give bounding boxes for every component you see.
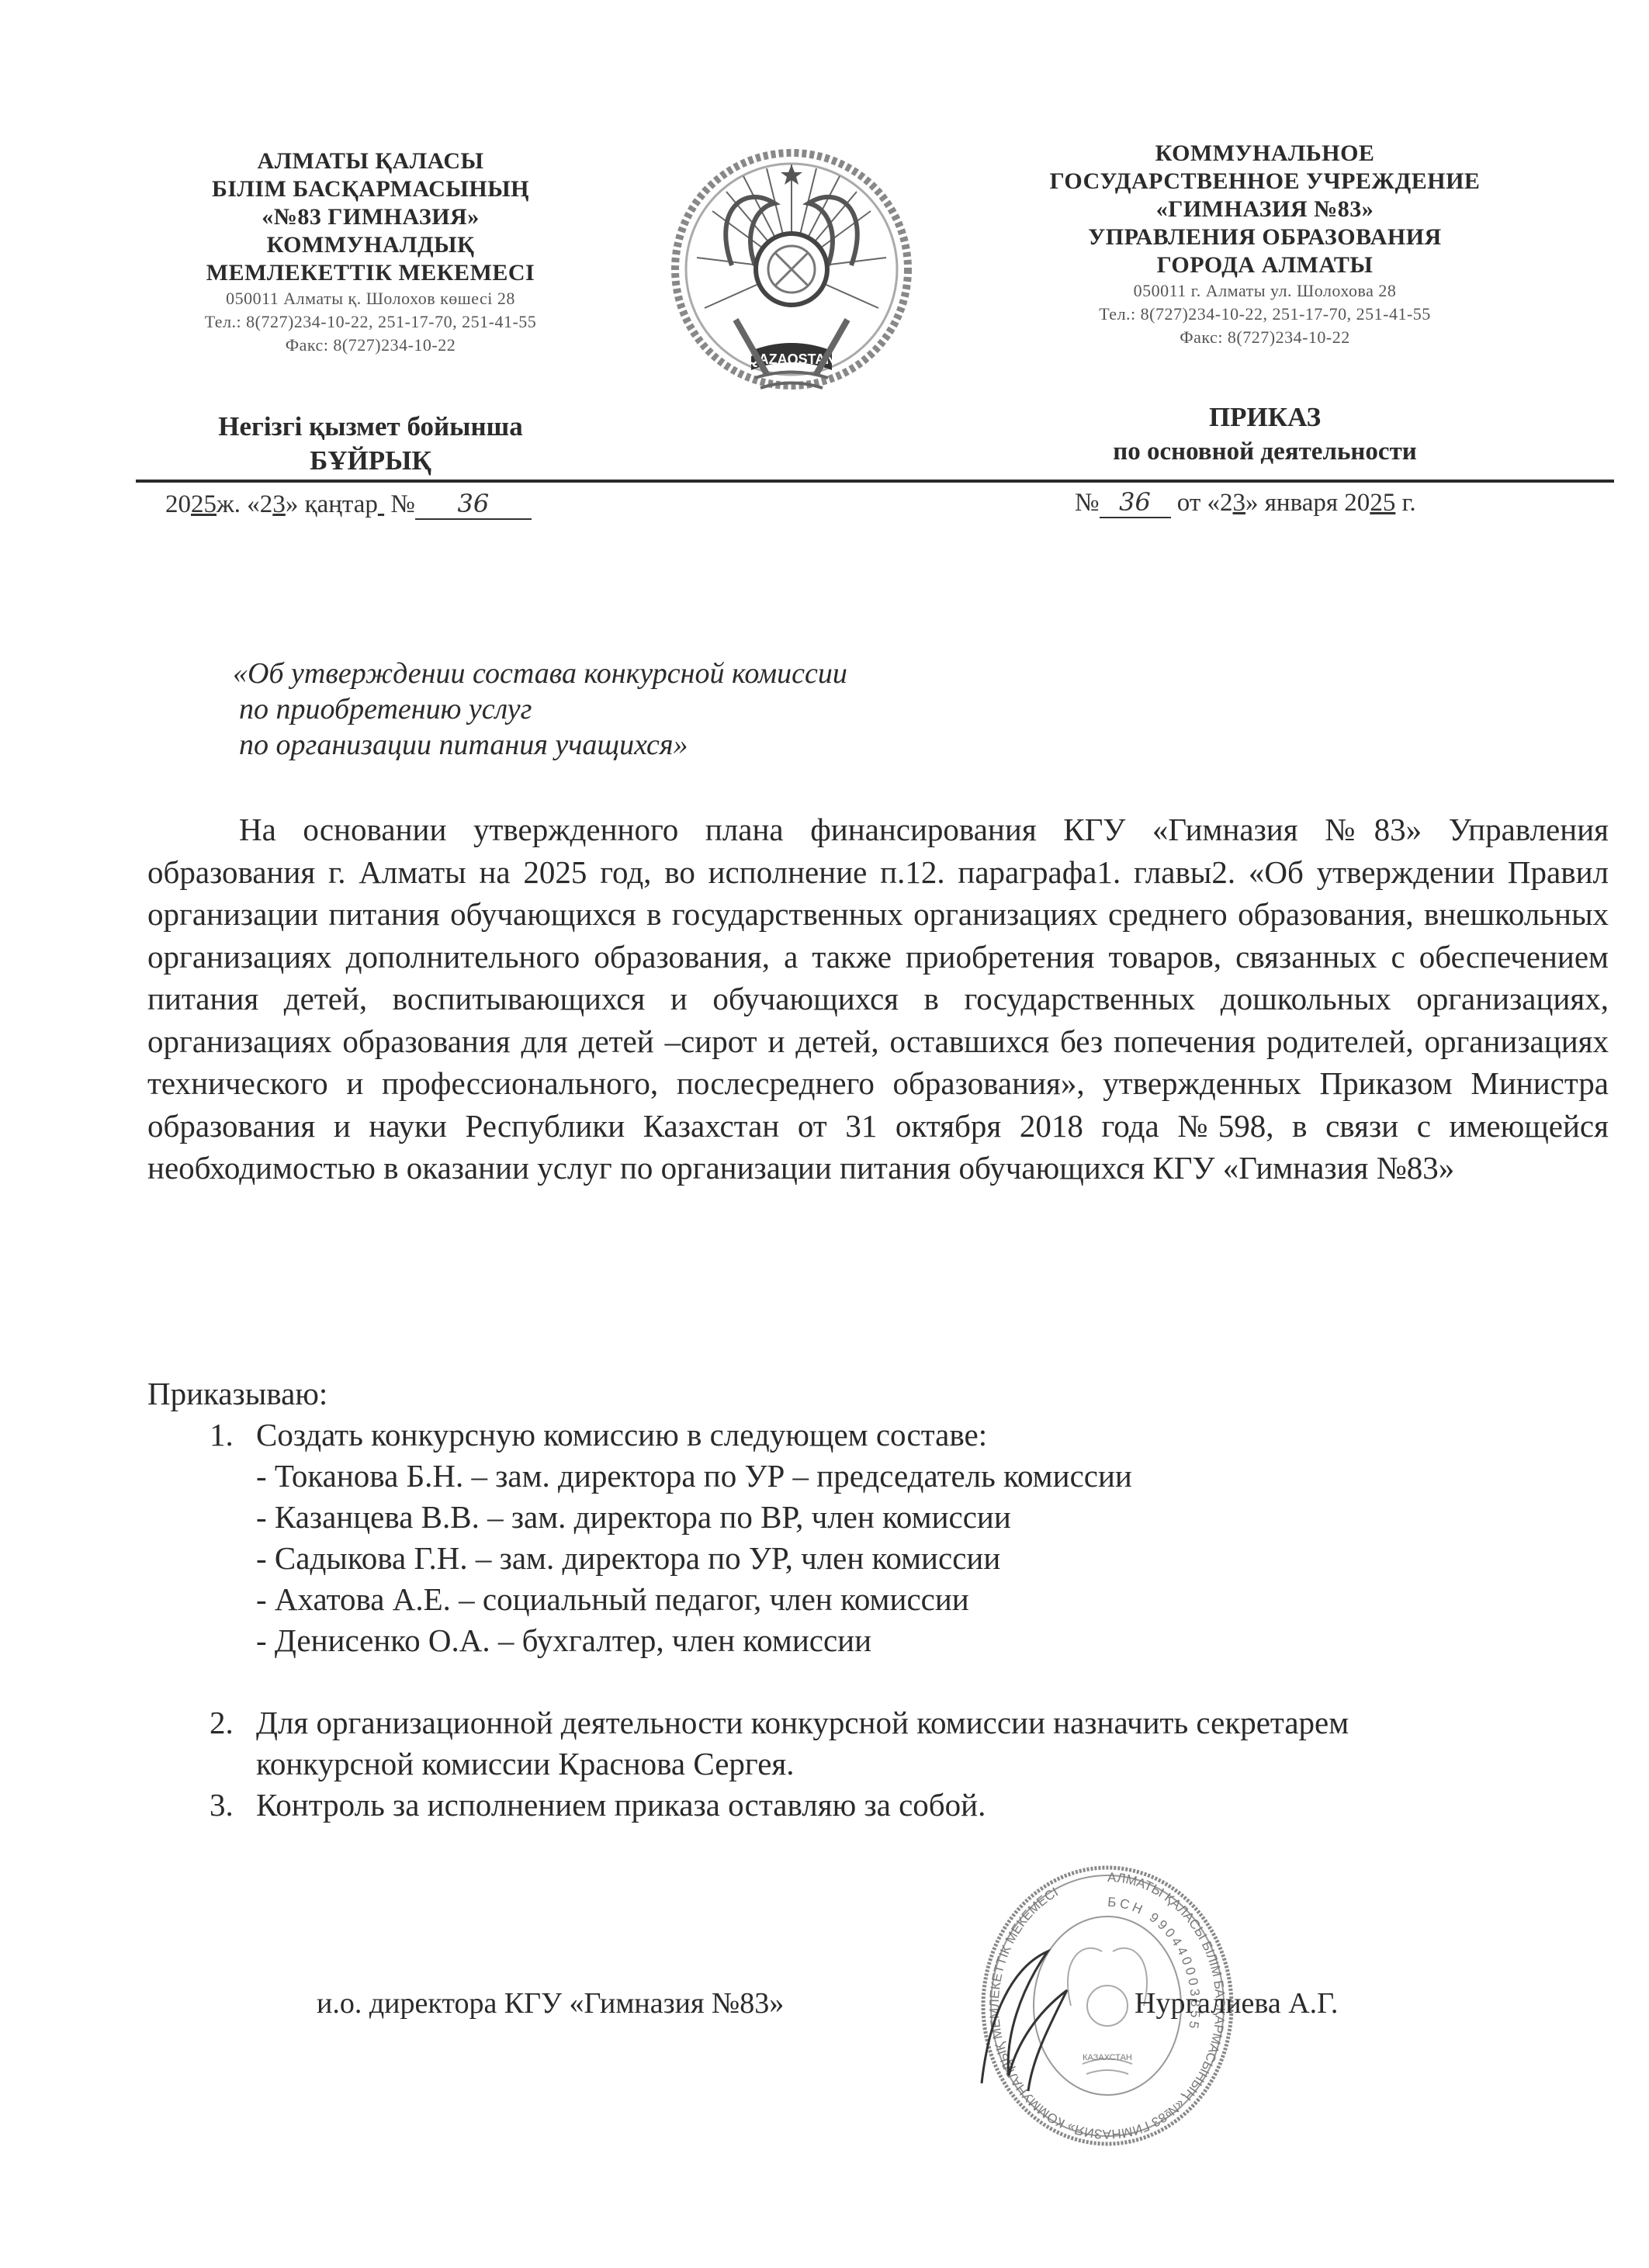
header-kz-line: «№83 ГИМНАЗИЯ» <box>155 203 586 231</box>
doc-type-ru-line2: по основной деятельности <box>1009 435 1521 469</box>
commission-member: - Ахатова А.Е. – социальный педагог, чле… <box>147 1579 1614 1620</box>
header-ru-fax: Факс: 8(727)234-10-22 <box>1009 326 1521 349</box>
header-kz-line: АЛМАТЫ ҚАЛАСЫ <box>155 147 586 175</box>
order-item-2-cont: конкурсной комиссии Краснова Сергея. <box>147 1743 1614 1785</box>
doc-type-kz-line1: Негізгі қызмет бойынша <box>155 410 586 444</box>
preamble-paragraph: На основании утвержденного плана финанси… <box>147 809 1609 1189</box>
header-ru-line: КОММУНАЛЬНОЕ <box>1009 140 1521 168</box>
header-ru-line: ГОСУДАРСТВЕННОЕ УЧРЕЖДЕНИЕ <box>1009 168 1521 196</box>
emblem-icon: QAZAQSTAN <box>658 141 926 405</box>
header-ru: КОММУНАЛЬНОЕ ГОСУДАРСТВЕННОЕ УЧРЕЖДЕНИЕ … <box>1009 140 1521 349</box>
header-kz-line: БІЛІМ БАСҚАРМАСЫНЫҢ <box>155 175 586 203</box>
date-line-kz: 2025ж. «23» қаңтар №36 <box>165 489 532 520</box>
order-title-line: по приобретению услуг <box>233 691 847 727</box>
order-number-ru: 36 <box>1100 487 1171 518</box>
order-item-2: 2.Для организационной деятельности конку… <box>147 1702 1614 1743</box>
order-item-1: 1.Создать конкурсную комиссию в следующе… <box>147 1414 1614 1456</box>
commission-member: - Казанцева В.В. – зам. директора по ВР,… <box>147 1497 1614 1538</box>
doc-type-ru: ПРИКАЗ по основной деятельности <box>1009 400 1521 469</box>
header-ru-line: «ГИМНАЗИЯ №83» <box>1009 196 1521 223</box>
header-ru-line: УПРАВЛЕНИЯ ОБРАЗОВАНИЯ <box>1009 223 1521 251</box>
order-title: «Об утверждении состава конкурсной комис… <box>233 656 847 763</box>
doc-type-kz-line2: БҰЙРЫҚ <box>155 444 586 478</box>
doc-type-ru-line1: ПРИКАЗ <box>1009 400 1521 435</box>
commission-member: - Денисенко О.А. – бухгалтер, член комис… <box>147 1620 1614 1661</box>
order-number-kz: 36 <box>415 489 532 520</box>
commission-member: - Садыкова Г.Н. – зам. директора по УР, … <box>147 1538 1614 1579</box>
header-kz-line: КОММУНАЛДЫҚ <box>155 231 586 259</box>
header-kz-fax: Факс: 8(727)234-10-22 <box>155 334 586 357</box>
header-ru-phone: Тел.: 8(727)234-10-22, 251-17-70, 251-41… <box>1009 303 1521 326</box>
signatory-position: и.о. директора КГУ «Гимназия №83» <box>317 1986 784 2020</box>
header-kz-phone: Тел.: 8(727)234-10-22, 251-17-70, 251-41… <box>155 310 586 334</box>
header-ru-address: 050011 г. Алматы ул. Шолохова 28 <box>1009 279 1521 303</box>
doc-type-kz: Негізгі қызмет бойынша БҰЙРЫҚ <box>155 410 586 478</box>
svg-text:КАЗАХСТАН: КАЗАХСТАН <box>1083 2053 1132 2062</box>
header-kz: АЛМАТЫ ҚАЛАСЫ БІЛІМ БАСҚАРМАСЫНЫҢ «№83 Г… <box>155 147 586 357</box>
header-divider <box>136 480 1614 483</box>
commission-member: - Токанова Б.Н. – зам. директора по УР –… <box>147 1456 1614 1497</box>
header-kz-line: МЕМЛЕКЕТТІК МЕКЕМЕСІ <box>155 259 586 287</box>
header-ru-line: ГОРОДА АЛМАТЫ <box>1009 251 1521 279</box>
signatory-name: Нургалиева А.Г. <box>1135 1986 1338 2020</box>
order-heading: Приказываю: <box>147 1373 1614 1414</box>
state-emblem: QAZAQSTAN <box>658 141 926 405</box>
order-item-3: 3.Контроль за исполнением приказа оставл… <box>147 1785 1614 1826</box>
header-kz-address: 050011 Алматы қ. Шолохов көшесі 28 <box>155 287 586 310</box>
order-title-line: по организации питания учащихся» <box>233 727 847 763</box>
order-title-line: «Об утверждении состава конкурсной комис… <box>233 656 847 691</box>
date-line-ru: №36 от «23» января 2025 г. <box>1075 487 1416 518</box>
order-section: Приказываю: 1.Создать конкурсную комисси… <box>147 1373 1614 1826</box>
